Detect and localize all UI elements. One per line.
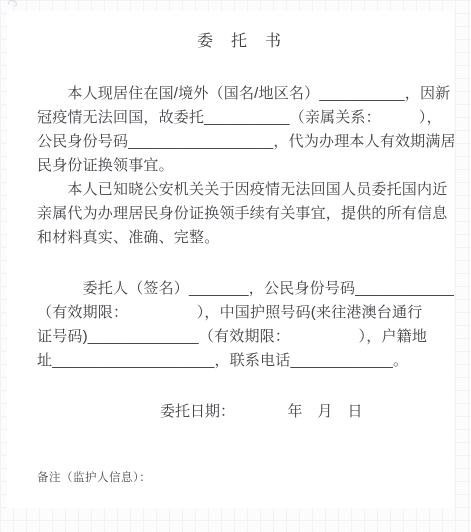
document-page: 委 托 书 本人现居住在国/境外（国名/地区名）__________，因新冠疫情… [7, 11, 454, 508]
corner-speck [7, 0, 18, 8]
screenshot-canvas: 委 托 书 本人现居住在国/境外（国名/地区名）__________，因新冠疫情… [0, 0, 471, 532]
paragraph-line: （有效期限： ），中国护照号码(来往港澳台通行 [37, 301, 442, 325]
paragraph: 委托人（签名）_______，公民身份号码______________（有效期限… [37, 277, 442, 373]
paragraph-line: 本人已知晓公安机关关于因疫情无法回国人员委托国内近 [37, 178, 442, 202]
paragraph-line: 址___________________，联系电话____________。 [37, 349, 442, 373]
paragraph-line: 公民身份号码_________________，代为办理本人有效期满居 [37, 130, 442, 154]
paragraph-line: 亲属代为办理居民身份证换领手续有关事宜，提供的所有信息 [37, 202, 442, 226]
paragraph-line: 民身份证换领事宜。 [37, 154, 442, 178]
paragraph-line: 委托人（签名）_______，公民身份号码______________ [37, 277, 442, 301]
paragraph: 本人已知晓公安机关关于因疫情无法回国人员委托国内近亲属代为办理居民身份证换领手续… [37, 178, 442, 250]
paragraph-line: 本人现居住在国/境外（国名/地区名）__________，因新 [37, 82, 442, 106]
document-body: 本人现居住在国/境外（国名/地区名）__________，因新冠疫情无法回国，故… [37, 82, 442, 373]
paragraph-line: 和材料真实、准确、完整。 [37, 226, 442, 250]
date-line: 委托日期： 年 月 日 [37, 400, 442, 424]
document-title: 委 托 书 [37, 30, 442, 54]
paragraph-line: 证号码)_____________（有效期限： ），户籍地 [37, 325, 442, 349]
paragraph: 本人现居住在国/境外（国名/地区名）__________，因新冠疫情无法回国，故… [37, 82, 442, 178]
note-line: 备注（监护人信息）： [37, 470, 442, 486]
paragraph-line: 冠疫情无法回国，故委托__________（亲属关系： ）， [37, 106, 442, 130]
